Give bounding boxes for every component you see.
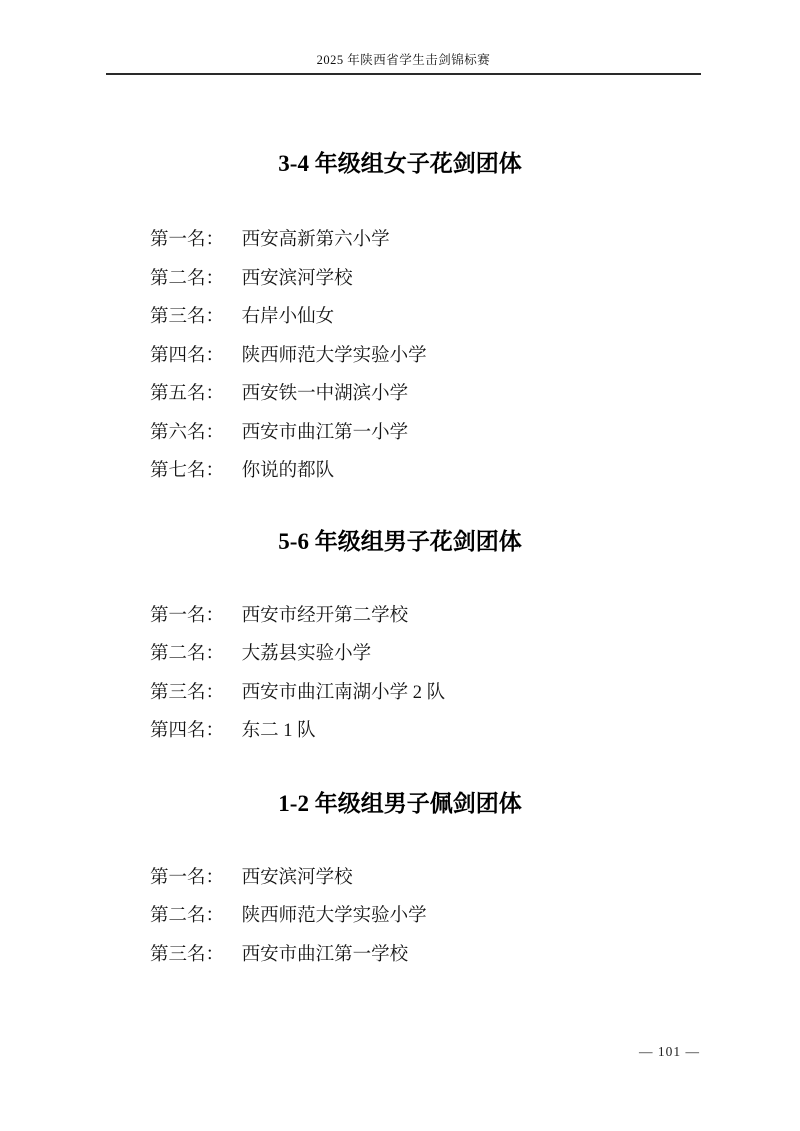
list-item: 第六名： 西安市曲江第一小学: [150, 414, 700, 453]
team-name: 陕西师范大学实验小学: [242, 897, 427, 936]
rank-label: 第二名：: [150, 635, 224, 674]
list-item: 第二名： 陕西师范大学实验小学: [150, 897, 700, 936]
team-name: 西安市曲江第一学校: [242, 936, 409, 975]
rank-label: 第三名：: [150, 674, 224, 713]
rank-label: 第五名：: [150, 375, 224, 414]
list-item: 第一名： 西安市经开第二学校: [150, 597, 700, 636]
team-name: 西安市曲江第一小学: [242, 414, 409, 453]
section-title-girls-foil-team-3-4: 3-4 年级组女子花剑团体: [0, 149, 800, 179]
ranking-list: 第一名： 西安高新第六小学 第二名： 西安滨河学校 第三名： 右岸小仙女 第四名…: [150, 221, 700, 491]
team-name: 你说的都队: [242, 452, 335, 491]
team-name: 西安市曲江南湖小学 2 队: [242, 674, 446, 713]
list-item: 第三名： 西安市曲江第一学校: [150, 936, 700, 975]
rank-label: 第四名：: [150, 337, 224, 376]
ranking-list: 第一名： 西安市经开第二学校 第二名： 大荔县实验小学 第三名： 西安市曲江南湖…: [150, 597, 700, 751]
team-name: 大荔县实验小学: [242, 635, 372, 674]
team-name: 陕西师范大学实验小学: [242, 337, 427, 376]
list-item: 第一名： 西安高新第六小学: [150, 221, 700, 260]
list-item: 第三名： 西安市曲江南湖小学 2 队: [150, 674, 700, 713]
rank-label: 第三名：: [150, 936, 224, 975]
rank-label: 第二名：: [150, 260, 224, 299]
team-name: 西安市经开第二学校: [242, 597, 409, 636]
document-title: 2025 年陕西省学生击剑锦标赛: [106, 50, 701, 68]
page-number: — 101 —: [639, 1044, 700, 1059]
section-title-boys-foil-team-5-6: 5-6 年级组男子花剑团体: [0, 527, 800, 557]
rank-label: 第七名：: [150, 452, 224, 491]
list-item: 第二名： 西安滨河学校: [150, 260, 700, 299]
team-name: 东二 1 队: [242, 712, 316, 751]
list-item: 第四名： 陕西师范大学实验小学: [150, 337, 700, 376]
list-item: 第一名： 西安滨河学校: [150, 859, 700, 898]
team-name: 西安滨河学校: [242, 260, 353, 299]
list-item: 第三名： 右岸小仙女: [150, 298, 700, 337]
document-page: 2025 年陕西省学生击剑锦标赛 3-4 年级组女子花剑团体 第一名： 西安高新…: [0, 0, 800, 1131]
rank-label: 第一名：: [150, 597, 224, 636]
rank-label: 第三名：: [150, 298, 224, 337]
page-footer: — 101 —: [639, 1044, 700, 1060]
team-name: 西安高新第六小学: [242, 221, 390, 260]
section-title-boys-sabre-team-1-2: 1-2 年级组男子佩剑团体: [0, 789, 800, 819]
team-name: 西安铁一中湖滨小学: [242, 375, 409, 414]
rank-label: 第四名：: [150, 712, 224, 751]
rank-label: 第二名：: [150, 897, 224, 936]
rank-label: 第一名：: [150, 859, 224, 898]
rank-label: 第六名：: [150, 414, 224, 453]
team-name: 西安滨河学校: [242, 859, 353, 898]
ranking-list: 第一名： 西安滨河学校 第二名： 陕西师范大学实验小学 第三名： 西安市曲江第一…: [150, 859, 700, 975]
list-item: 第五名： 西安铁一中湖滨小学: [150, 375, 700, 414]
team-name: 右岸小仙女: [242, 298, 335, 337]
rank-label: 第一名：: [150, 221, 224, 260]
list-item: 第四名： 东二 1 队: [150, 712, 700, 751]
page-header: 2025 年陕西省学生击剑锦标赛: [106, 0, 701, 75]
list-item: 第七名： 你说的都队: [150, 452, 700, 491]
list-item: 第二名： 大荔县实验小学: [150, 635, 700, 674]
